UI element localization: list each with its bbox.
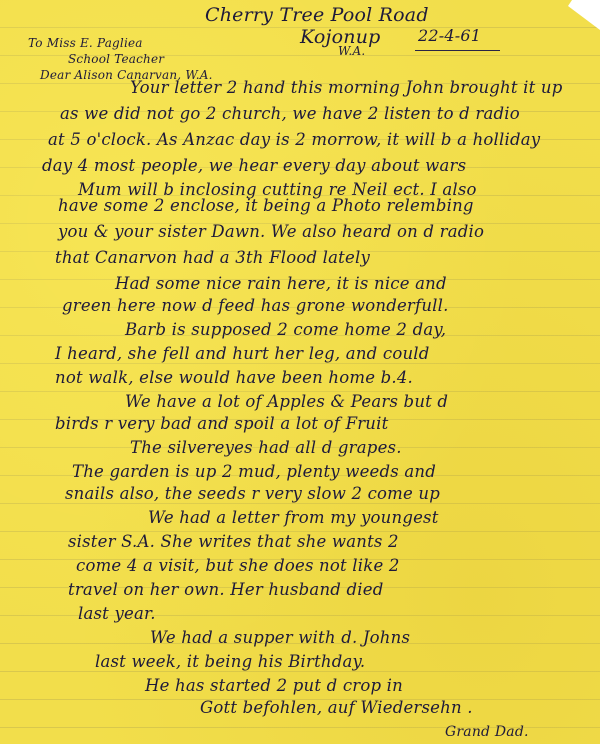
header-address-line1: Cherry Tree Pool Road (205, 4, 429, 26)
body-line: The garden is up 2 mud, plenty weeds and (72, 462, 436, 481)
body-line: The silvereyes had all d grapes. (130, 438, 402, 457)
body-line: that Canarvon had a 3th Flood lately (55, 248, 370, 267)
body-line: as we did not go 2 church, we have 2 lis… (60, 104, 520, 123)
body-line: I heard, she fell and hurt her leg, and … (55, 344, 430, 363)
body-line: birds r very bad and spoil a lot of Frui… (55, 414, 388, 433)
body-line: He has started 2 put d crop in (145, 676, 403, 695)
signature: Grand Dad. (445, 724, 529, 740)
body-line: Had some nice rain here, it is nice and (115, 274, 447, 293)
recipient-name: To Miss E. Pagliea (28, 36, 143, 50)
body-line: you & your sister Dawn. We also heard on… (58, 222, 484, 241)
body-line: sister S.A. She writes that she wants 2 (68, 532, 399, 551)
date-underline (415, 50, 500, 51)
body-line: Barb is supposed 2 come home 2 day, (125, 320, 446, 339)
letter-date: 22-4-61 (418, 26, 481, 45)
body-line: We had a supper with d. Johns (150, 628, 410, 647)
body-line: last week, it being his Birthday. (95, 652, 365, 671)
body-line: travel on her own. Her husband died (68, 580, 383, 599)
header-address-line3: W.A. (338, 44, 365, 58)
recipient-title: School Teacher (68, 52, 164, 66)
body-line: not walk, else would have been home b.4. (55, 368, 413, 387)
body-line: We have a lot of Apples & Pears but d (125, 392, 448, 411)
body-line: Your letter 2 hand this morning John bro… (130, 78, 563, 97)
body-line: have some 2 enclose, it being a Photo re… (58, 196, 474, 215)
body-line: come 4 a visit, but she does not like 2 (76, 556, 400, 575)
body-line: day 4 most people, we hear every day abo… (42, 156, 466, 175)
body-line: at 5 o'clock. As Anzac day is 2 morrow, … (48, 130, 540, 149)
body-line: snails also, the seeds r very slow 2 com… (65, 484, 440, 503)
body-line: Gott befohlen, auf Wiedersehn . (200, 698, 473, 717)
body-line: last year. (78, 604, 156, 623)
body-line: We had a letter from my youngest (148, 508, 439, 527)
body-line: green here now d feed has grone wonderfu… (62, 296, 449, 315)
